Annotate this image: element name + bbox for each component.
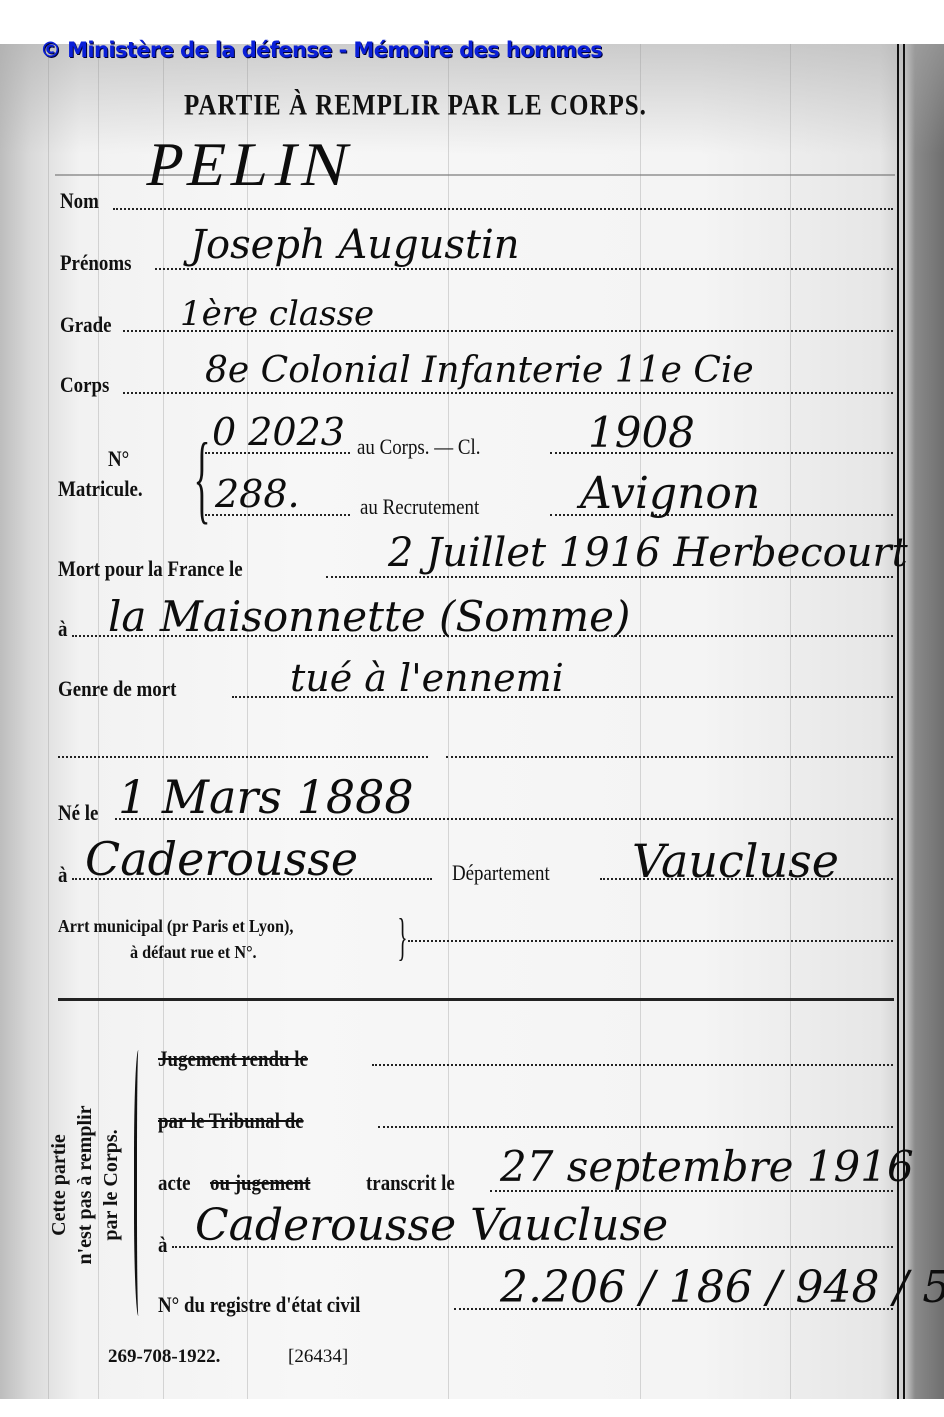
recrutement-no-value[interactable]: 288. bbox=[215, 472, 300, 516]
border-rule bbox=[903, 44, 905, 1399]
au-corps-label: au Corps. — Cl. bbox=[357, 434, 481, 460]
grade-value[interactable]: 1ère classe bbox=[180, 294, 374, 334]
form-title: PARTIE À REMPLIR PAR LE CORPS. bbox=[184, 89, 647, 123]
brace-icon: { bbox=[194, 420, 211, 535]
side-note: Cette partie n'est pas à remplir par le … bbox=[46, 1080, 124, 1290]
transcrit-value[interactable]: 27 septembre 1916 bbox=[500, 1142, 914, 1191]
mort-lieu-label: à bbox=[58, 616, 67, 642]
tribunal-label: par le Tribunal de bbox=[158, 1108, 304, 1134]
mort-label: Mort pour la France le bbox=[58, 556, 243, 582]
departement-label: Département bbox=[452, 860, 550, 886]
paper-grain bbox=[790, 44, 791, 1399]
mort-lieu-value[interactable]: la Maisonnette (Somme) bbox=[108, 592, 630, 641]
paper-grain bbox=[640, 44, 641, 1399]
transcrit-lieu-value[interactable]: Caderousse Vaucluse bbox=[195, 1200, 668, 1251]
print-reference: 269-708-1922. bbox=[108, 1346, 220, 1368]
registre-label: N° du registre d'état civil bbox=[158, 1292, 360, 1318]
transcrit-label: transcrit le bbox=[366, 1170, 455, 1196]
transcrit-label-acte: acte bbox=[158, 1170, 191, 1196]
ne-le-label: Né le bbox=[58, 800, 98, 826]
blank-line bbox=[446, 756, 893, 758]
genre-mort-label: Genre de mort bbox=[58, 676, 176, 702]
recrutement-place-value[interactable]: Avignon bbox=[580, 468, 760, 519]
corps-value[interactable]: 8e Colonial Infanterie 11e Cie bbox=[205, 350, 754, 391]
au-recrutement-label: au Recrutement bbox=[360, 494, 479, 520]
prenoms-value[interactable]: Joseph Augustin bbox=[190, 222, 520, 268]
copyright-watermark: © Ministère de la défense - Mémoire des … bbox=[40, 38, 602, 62]
nom-line bbox=[113, 208, 893, 210]
classe-value[interactable]: 1908 bbox=[588, 408, 695, 457]
matricule-label: Matricule. bbox=[58, 476, 143, 502]
ne-lieu-label: à bbox=[58, 862, 67, 888]
matricule-label-no: N° bbox=[108, 446, 129, 472]
print-code: [26434] bbox=[288, 1346, 348, 1368]
ne-le-value[interactable]: 1 Mars 1888 bbox=[118, 770, 414, 824]
blank-line bbox=[58, 756, 428, 758]
mort-value[interactable]: 2 Juillet 1916 Herbecourt bbox=[388, 530, 908, 576]
brace-icon: } bbox=[397, 908, 407, 967]
side-note-line-2: n'est pas à remplir bbox=[72, 1080, 98, 1290]
prenoms-label: Prénoms bbox=[60, 250, 131, 276]
corps-label: Corps bbox=[60, 372, 109, 398]
jugement-label: Jugement rendu le bbox=[158, 1046, 308, 1072]
side-note-line-1: Cette partie bbox=[46, 1080, 72, 1290]
grade-label: Grade bbox=[60, 312, 112, 338]
transcrit-label-jugement: ou jugement bbox=[210, 1170, 310, 1196]
corps-line bbox=[123, 392, 893, 394]
border-rule bbox=[897, 44, 899, 1399]
nom-value[interactable]: PELIN bbox=[140, 130, 361, 201]
jugement-line bbox=[372, 1064, 893, 1066]
arrondissement-line bbox=[408, 940, 893, 942]
departement-value[interactable]: Vaucluse bbox=[632, 834, 839, 888]
brace-icon bbox=[134, 1050, 145, 1316]
registre-value[interactable]: 2.206 / 186 / 948 / 59 bbox=[500, 1262, 944, 1313]
arrondissement-label-2: à défaut rue et N°. bbox=[130, 942, 257, 963]
arrondissement-label-1: Arrt municipal (pr Paris et Lyon), bbox=[58, 916, 293, 937]
prenoms-line bbox=[155, 268, 893, 270]
matricule-corps-value[interactable]: 0 2023 bbox=[212, 410, 345, 454]
side-note-line-3: par le Corps. bbox=[98, 1080, 124, 1290]
section-divider bbox=[58, 998, 894, 1001]
mort-line bbox=[326, 576, 893, 578]
ne-lieu-value[interactable]: Caderousse bbox=[85, 832, 358, 886]
transcrit-lieu-label: à bbox=[158, 1232, 167, 1258]
nom-label: Nom bbox=[60, 188, 99, 214]
tribunal-line bbox=[378, 1126, 893, 1128]
genre-mort-value[interactable]: tué à l'ennemi bbox=[290, 656, 564, 700]
